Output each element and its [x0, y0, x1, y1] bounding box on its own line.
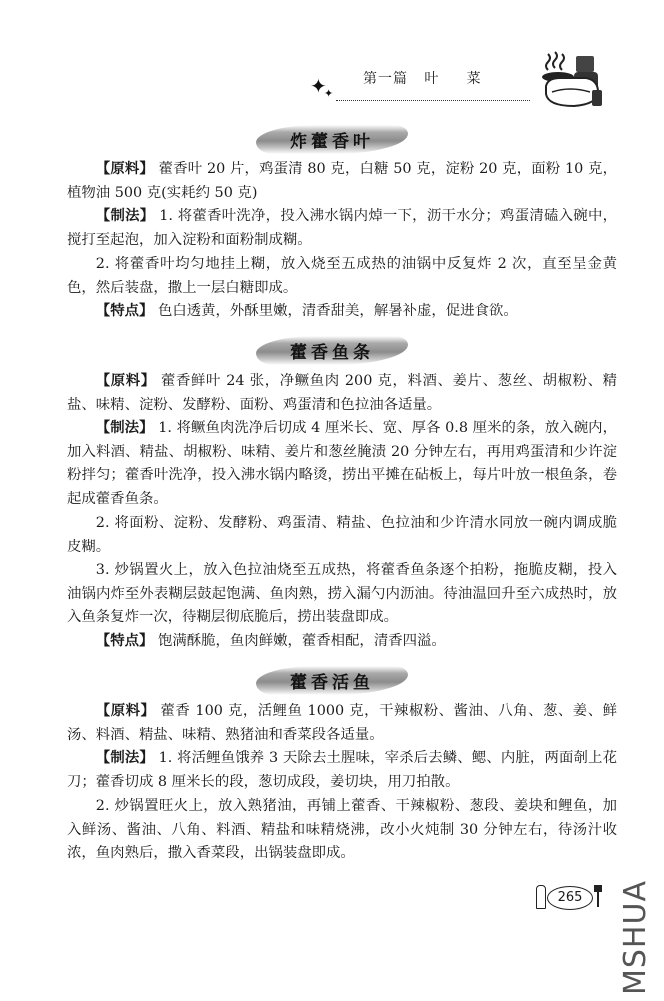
- brush-stroke-banner: 藿香鱼条: [256, 336, 408, 365]
- chef-icon: [538, 50, 608, 114]
- features-paragraph: 【特点】 饱满酥脆，鱼肉鲜嫩，藿香相配，清香四溢。: [67, 630, 617, 654]
- recipe-title: 藿香活鱼: [0, 666, 664, 695]
- method-paragraph: 【制法】 1. 将鳜鱼肉洗净后切成 4 厘米长、宽、厚各 0.8 厘米的条，放入…: [67, 417, 617, 511]
- recipe-title: 炸藿香叶: [0, 125, 664, 154]
- chapter-title: 第一篇 叶 菜: [363, 68, 482, 88]
- recipe-title: 藿香鱼条: [0, 336, 664, 365]
- fork-icon: [594, 885, 602, 907]
- brush-stroke-banner: 藿香活鱼: [256, 666, 408, 695]
- ingredients-paragraph: 【原料】 藿香鲜叶 24 张，净鳜鱼肉 200 克，料酒、姜片、葱丝、胡椒粉、精…: [67, 370, 617, 417]
- method-paragraph: 【制法】 1. 将活鲤鱼饿养 3 天除去土腥味，宰杀后去鳞、鳃、内脏，两面剞上花…: [67, 747, 617, 794]
- knife-icon: [536, 885, 546, 909]
- sparkle-small-icon: ✦: [324, 88, 333, 99]
- method-paragraph: 【制法】 1. 将藿香叶洗净，投入沸水锅内焯一下，沥干水分；鸡蛋清磕入碗中，搅打…: [67, 205, 617, 252]
- step-paragraph: 2. 炒锅置旺火上，放入熟猪油，再铺上藿香、干辣椒粉、葱段、姜块和鲤鱼，加入鲜汤…: [67, 795, 617, 866]
- step-paragraph: 2. 将藿香叶均匀地挂上糊，放入烧至五成热的油锅中反复炸 2 次，直至呈金黄色，…: [67, 253, 617, 300]
- dotted-rule: [336, 100, 530, 101]
- step-paragraph: 3. 炒锅置火上，放入色拉油烧至五成热，将藿香鱼条逐个拍粉，拖脆皮糊，投入油锅内…: [67, 559, 617, 630]
- running-header: ✦ ✦ 第一篇 叶 菜: [300, 50, 660, 110]
- watermark: MSHUA: [616, 895, 656, 995]
- page-number: 265: [547, 886, 593, 910]
- step-paragraph: 2. 将面粉、淀粉、发酵粉、鸡蛋清、精盐、色拉油和少许清水同放一碗内调成脆皮糊。: [67, 512, 617, 559]
- brush-stroke-banner: 炸藿香叶: [256, 125, 408, 154]
- ingredients-paragraph: 【原料】 藿香叶 20 片，鸡蛋清 80 克，白糖 50 克，淀粉 20 克，面…: [67, 158, 617, 205]
- page-number-badge: 265: [534, 883, 604, 911]
- ingredients-paragraph: 【原料】 藿香 100 克，活鲤鱼 1000 克，干辣椒粉、酱油、八角、葱、姜、…: [67, 700, 617, 747]
- features-paragraph: 【特点】 色白透黄，外酥里嫩，清香甜美，解暑补虚，促进食欲。: [67, 300, 617, 324]
